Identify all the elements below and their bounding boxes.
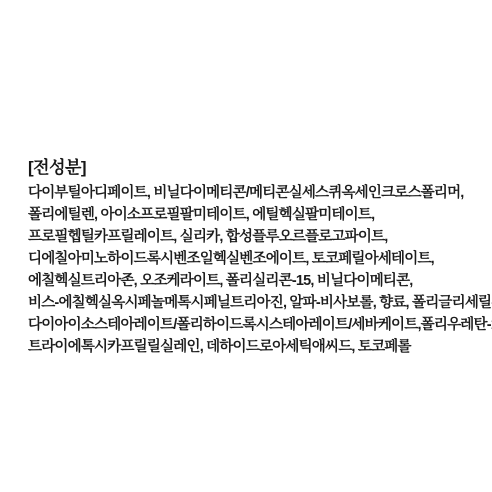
ingredients-line-3: 프로필헵틸카프릴레이트, 실리카, 합성플루오르플로고파이트, xyxy=(28,226,472,248)
ingredients-line-4: 디에칠아미노하이드록시벤조일헥실벤조에이트, 토코페릴아세테이트, xyxy=(28,248,472,270)
ingredients-label: [전성분] 다이부틸아디페이트, 비닐다이메티콘/메티콘실세스퀴옥세인크로스폴리… xyxy=(28,156,472,358)
ingredients-line-2: 폴리에틸렌, 아이소프로필팔미테이트, 에틸헥실팔미테이트, xyxy=(28,204,472,226)
ingredients-line-5: 에칠헥실트리아존, 오조케라이트, 폴리실리콘-15, 비닐다이메티콘, xyxy=(28,270,472,292)
ingredients-line-6: 비스-에칠헥실옥시페놀메톡시페닐트리아진, 알파-비사보롤, 향료, 폴리글리세… xyxy=(28,292,472,314)
ingredients-line-7: 다이아이소스테아레이트/폴리하이드록시스테아레이트/세바케이트,폴리우레탄-11… xyxy=(28,314,472,336)
ingredients-line-1: 다이부틸아디페이트, 비닐다이메티콘/메티콘실세스퀴옥세인크로스폴리머, xyxy=(28,182,472,204)
ingredients-line-8: 트라이에톡시카프릴릴실레인, 데하이드로아세틱애씨드, 토코페롤 xyxy=(28,336,472,358)
ingredients-text: 다이부틸아디페이트, 비닐다이메티콘/메티콘실세스퀴옥세인크로스폴리머, 폴리에… xyxy=(28,182,472,358)
ingredients-heading: [전성분] xyxy=(28,156,472,180)
page: [전성분] 다이부틸아디페이트, 비닐다이메티콘/메티콘실세스퀴옥세인크로스폴리… xyxy=(0,0,492,492)
